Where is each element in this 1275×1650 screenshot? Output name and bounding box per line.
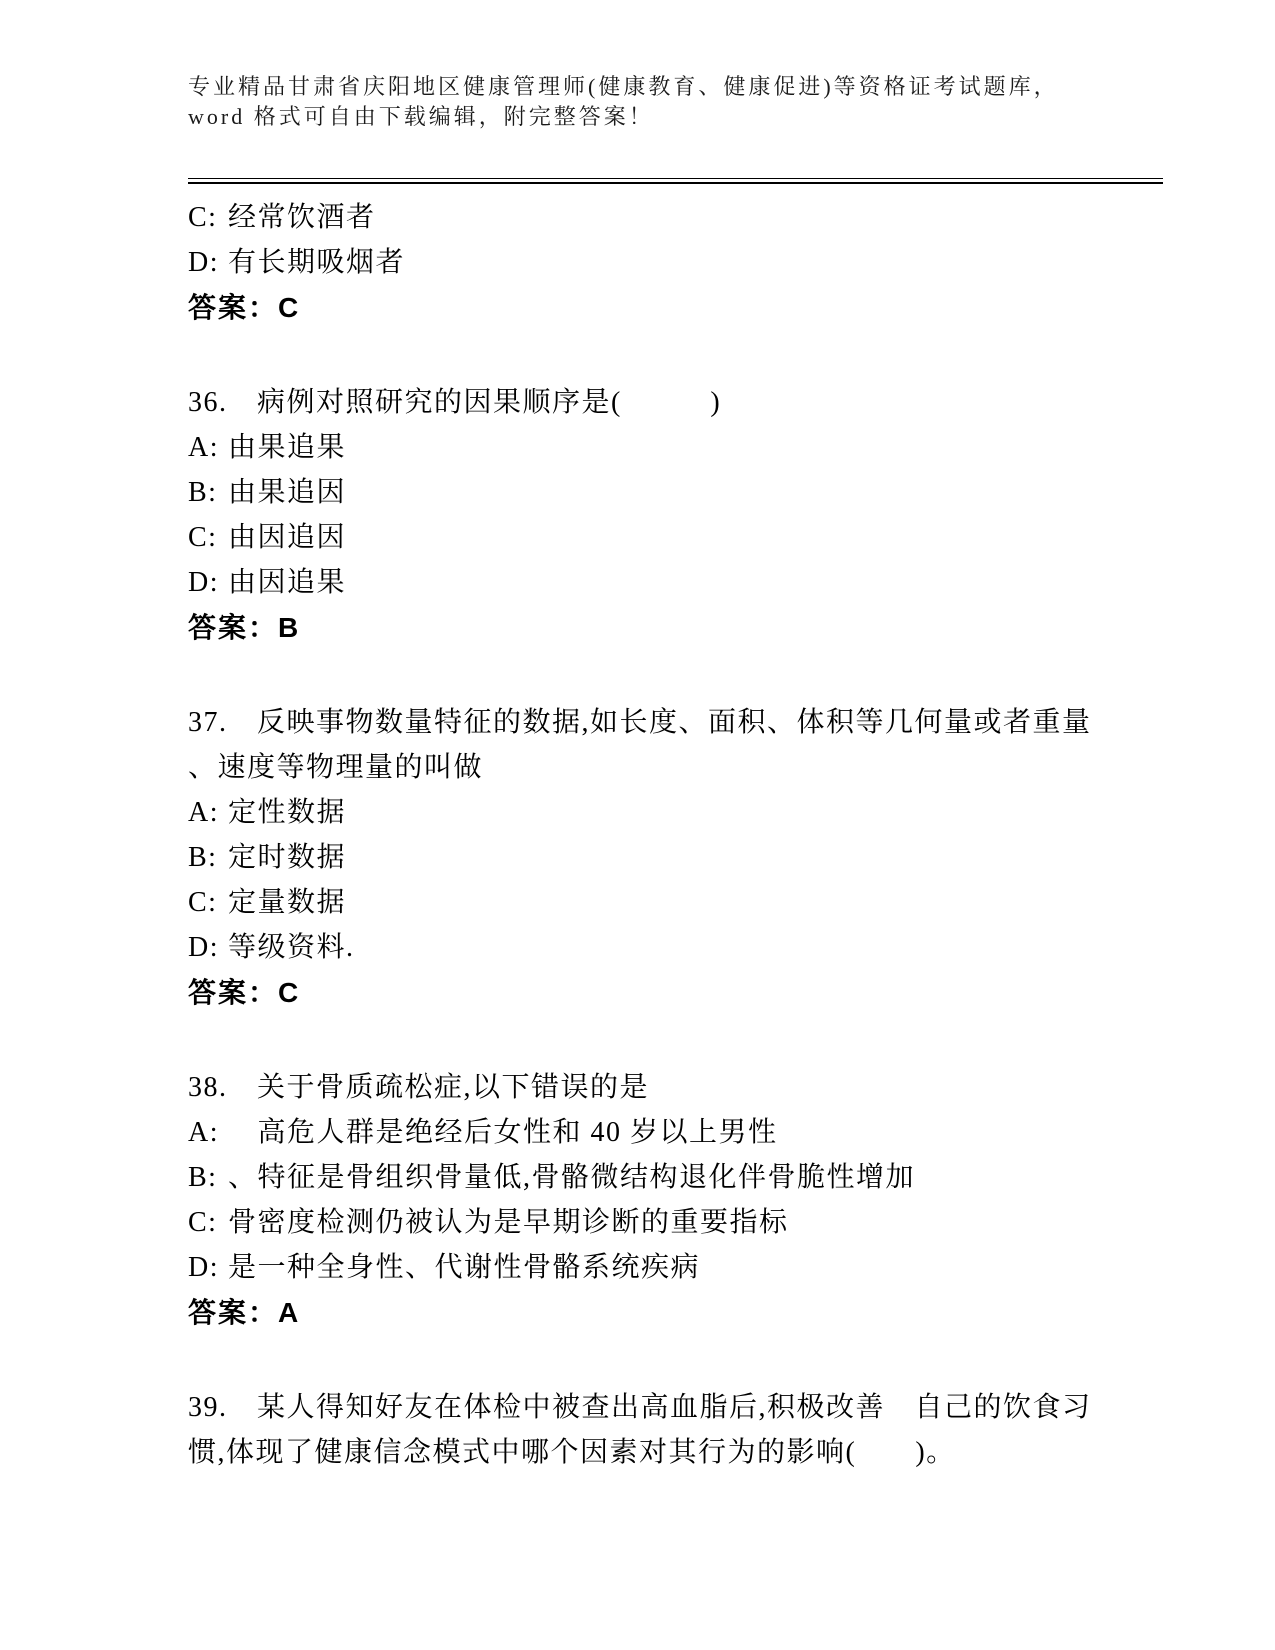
header-line-1: 专业精品甘肃省庆阳地区健康管理师(健康教育、健康促进)等资格证考试题库，: [188, 72, 1163, 102]
answer-row: 答案：B: [188, 605, 1163, 650]
option-text: 由果追果: [228, 432, 346, 463]
option-row: B:、特征是骨组织骨量低,骨骼微结构退化伴骨脆性增加: [188, 1155, 1163, 1200]
option-label: A:: [188, 425, 228, 470]
question-stem: 38. 关于骨质疏松症,以下错误的是: [188, 1065, 1163, 1110]
option-text: 等级资料.: [228, 932, 355, 963]
option-row: A: 高危人群是绝经后女性和 40 岁以上男性: [188, 1110, 1163, 1155]
option-label: C:: [188, 195, 228, 240]
option-text: 是一种全身性、代谢性骨骼系统疾病: [228, 1252, 700, 1283]
option-row: A:定性数据: [188, 790, 1163, 835]
option-label: B:: [188, 835, 228, 880]
option-text: 高危人群是绝经后女性和 40 岁以上男性: [228, 1117, 778, 1148]
option-row: C:经常饮酒者: [188, 195, 1163, 240]
option-text: 定量数据: [228, 887, 346, 918]
option-row: D:由因追果: [188, 560, 1163, 605]
question-stem: 37. 反映事物数量特征的数据,如长度、面积、体积等几何量或者重量: [188, 700, 1163, 745]
question-stem: 39. 某人得知好友在体检中被查出高血脂后,积极改善 自己的饮食习: [188, 1385, 1163, 1430]
header-line-2: word 格式可自由下载编辑，附完整答案！: [188, 102, 1163, 132]
document-body: C:经常饮酒者 D:有长期吸烟者 答案：C 36. 病例对照研究的因果顺序是( …: [188, 195, 1163, 1475]
option-label: D:: [188, 925, 228, 970]
option-row: B:定时数据: [188, 835, 1163, 880]
option-label: A:: [188, 1110, 228, 1155]
question-stem: 36. 病例对照研究的因果顺序是( ): [188, 380, 1163, 425]
option-row: C:由因追因: [188, 515, 1163, 560]
option-text: 经常饮酒者: [228, 202, 376, 233]
option-label: D:: [188, 560, 228, 605]
option-text: 有长期吸烟者: [228, 247, 405, 278]
option-text: 、特征是骨组织骨量低,骨骼微结构退化伴骨脆性增加: [228, 1162, 915, 1193]
question-block-39: 39. 某人得知好友在体检中被查出高血脂后,积极改善 自己的饮食习 惯,体现了健…: [188, 1385, 1163, 1475]
option-text: 由果追因: [228, 477, 346, 508]
option-row: C:骨密度检测仍被认为是早期诊断的重要指标: [188, 1200, 1163, 1245]
document-page: 专业精品甘肃省庆阳地区健康管理师(健康教育、健康促进)等资格证考试题库， wor…: [0, 0, 1275, 1650]
option-row: D:等级资料.: [188, 925, 1163, 970]
page-header: 专业精品甘肃省庆阳地区健康管理师(健康教育、健康促进)等资格证考试题库， wor…: [188, 72, 1163, 132]
option-row: B:由果追因: [188, 470, 1163, 515]
option-label: B:: [188, 470, 228, 515]
option-row: D:有长期吸烟者: [188, 240, 1163, 285]
option-label: C:: [188, 515, 228, 560]
option-text: 定性数据: [228, 797, 346, 828]
option-label: A:: [188, 790, 228, 835]
option-label: C:: [188, 1200, 228, 1245]
question-block-38: 38. 关于骨质疏松症,以下错误的是 A: 高危人群是绝经后女性和 40 岁以上…: [188, 1065, 1163, 1335]
option-label: D:: [188, 240, 228, 285]
header-divider-rule: [188, 178, 1163, 184]
question-block-36: 36. 病例对照研究的因果顺序是( ) A:由果追果 B:由果追因 C:由因追因…: [188, 380, 1163, 650]
option-row: A:由果追果: [188, 425, 1163, 470]
option-label: B:: [188, 1155, 228, 1200]
option-row: D:是一种全身性、代谢性骨骼系统疾病: [188, 1245, 1163, 1290]
question-stem-continued: 惯,体现了健康信念模式中哪个因素对其行为的影响( )。: [188, 1430, 1163, 1475]
option-label: D:: [188, 1245, 228, 1290]
question-block-35: C:经常饮酒者 D:有长期吸烟者 答案：C: [188, 195, 1163, 330]
option-text: 定时数据: [228, 842, 346, 873]
option-text: 由因追因: [228, 522, 346, 553]
answer-row: 答案：A: [188, 1290, 1163, 1335]
option-text: 骨密度检测仍被认为是早期诊断的重要指标: [228, 1207, 789, 1238]
question-stem-continued: 、速度等物理量的叫做: [188, 745, 1163, 790]
option-label: C:: [188, 880, 228, 925]
answer-row: 答案：C: [188, 285, 1163, 330]
answer-row: 答案：C: [188, 970, 1163, 1015]
question-block-37: 37. 反映事物数量特征的数据,如长度、面积、体积等几何量或者重量 、速度等物理…: [188, 700, 1163, 1015]
option-text: 由因追果: [228, 567, 346, 598]
option-row: C:定量数据: [188, 880, 1163, 925]
